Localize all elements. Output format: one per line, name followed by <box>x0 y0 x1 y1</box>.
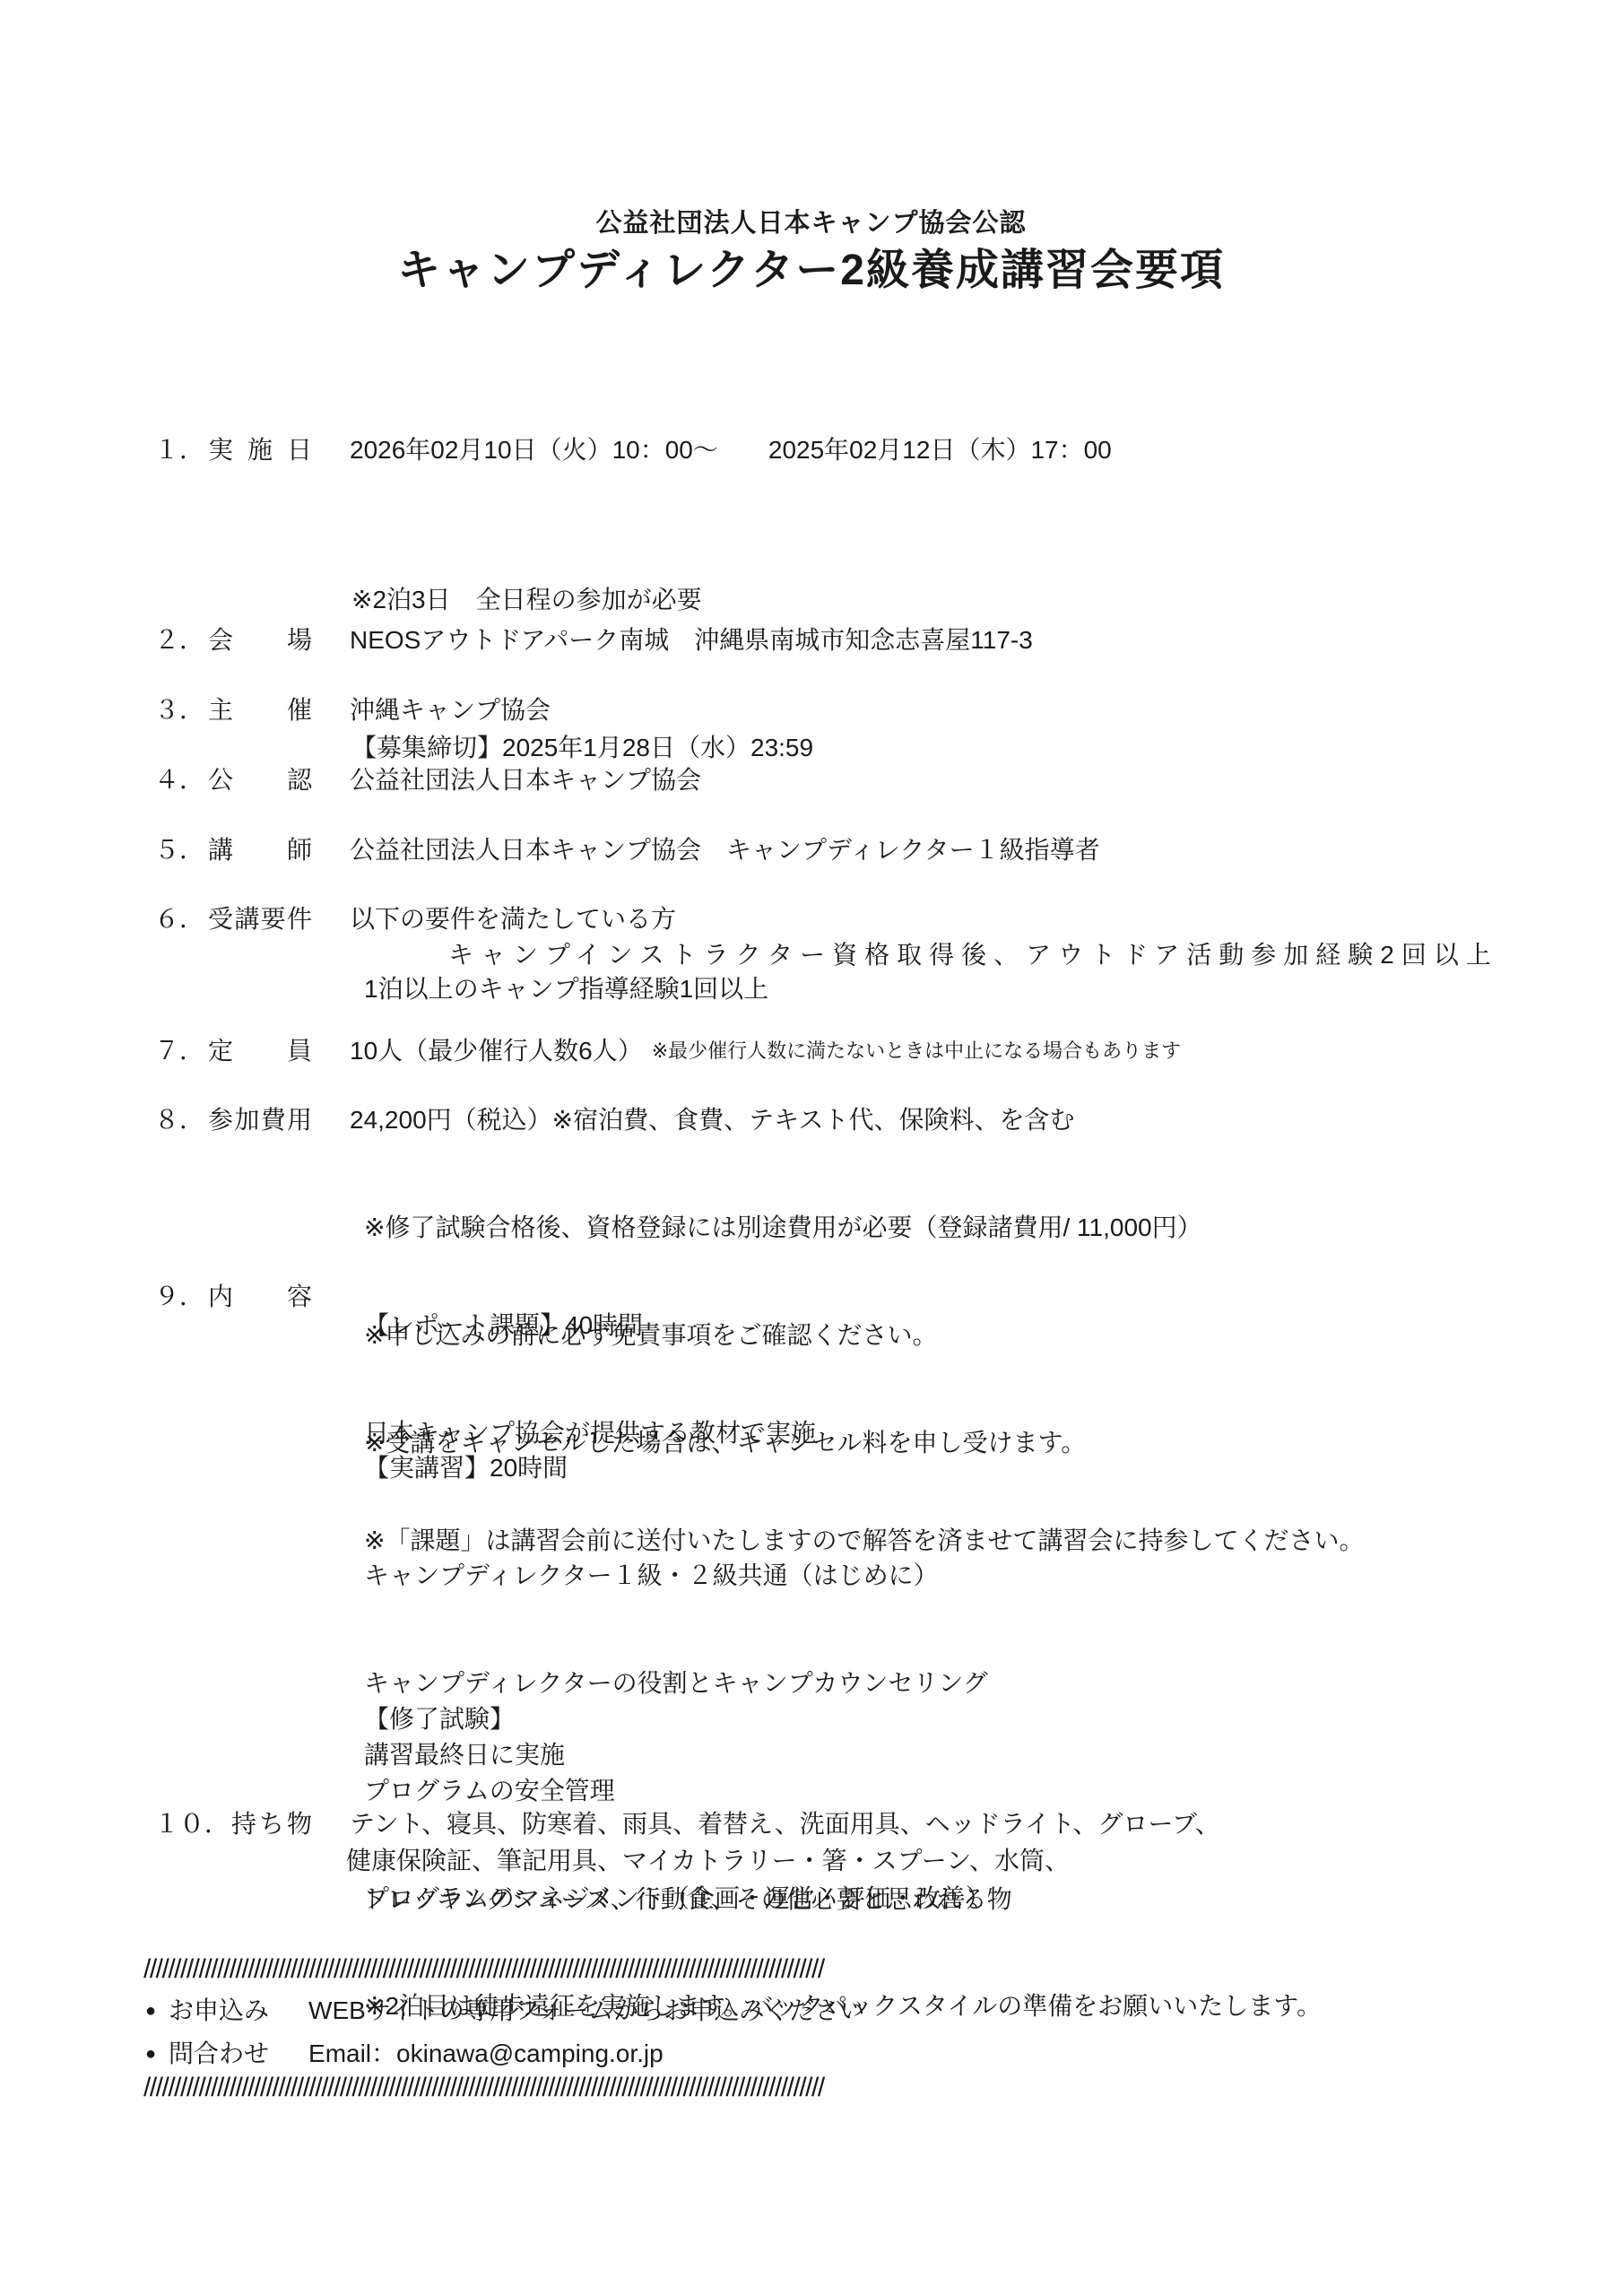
bullet-icon: ● <box>145 1993 169 2029</box>
practical-training-line: キャンプディレクター１級・２級共通（はじめに） <box>364 1558 1322 1594</box>
section-4-number: ４． <box>154 762 208 798</box>
section-4-label: 公認 <box>208 762 312 798</box>
section-2-value: NEOSアウトドアパーク南城 沖縄県南城市知念志喜屋117-3 <box>350 622 1033 658</box>
application-line: ● お申込み WEBサイトの専用フォームからお申込みください <box>145 1993 864 2029</box>
section-9-number: ９． <box>154 1279 208 1315</box>
section-8-value: 24,200円（税込）※宿泊費、食費、テキスト代、保険料、を含む <box>350 1102 1075 1138</box>
section-7-number: ７． <box>154 1033 208 1069</box>
section-1-row: １． 実施日 2026年02月10日（火）10：00～ 2025年02月12日（… <box>154 432 1112 468</box>
section-10-value: テント、寝具、防寒着、雨具、着替え、洗面用具、ヘッドライト、グローブ、 <box>350 1806 1220 1842</box>
section-7-value: 10人（最少催行人数6人） <box>350 1033 643 1069</box>
section-6-requirement-2: 1泊以上のキャンプ指導経験1回以上 <box>364 971 768 1007</box>
section-8-label: 参加費用 <box>208 1102 312 1138</box>
section-5-number: ５． <box>154 832 208 868</box>
section-10-items-line-3: トレッキングシューズ、行動食、その他必要と思われる物 <box>361 1882 1012 1918</box>
section-8-row: ８． 参加費用 24,200円（税込）※宿泊費、食費、テキスト代、保険料、を含む <box>154 1102 1075 1138</box>
section-9-row: ９． 内容 <box>154 1279 350 1315</box>
section-9-label: 内容 <box>208 1279 312 1315</box>
section-2-number: ２． <box>154 622 208 658</box>
section-5-row: ５． 講師 公益社団法人日本キャンプ協会 キャンプディレクター１級指導者 <box>154 832 1100 868</box>
section-4-value: 公益社団法人日本キャンプ協会 <box>350 762 701 798</box>
application-label: お申込み <box>169 1993 269 2029</box>
application-text: WEBサイトの専用フォームからお申込みください <box>308 1993 864 2029</box>
section-4-row: ４． 公認 公益社団法人日本キャンプ協会 <box>154 762 701 798</box>
contact-label: 問合わせ <box>169 2036 269 2072</box>
section-3-number: ３． <box>154 692 208 728</box>
document-title: キャンプディレクター2級養成講習会要項 <box>0 235 1622 297</box>
section-6-row: ６． 受講要件 以下の要件を満たしている方 <box>154 901 676 937</box>
divider-line-bottom: ////////////////////////////////////////… <box>143 2070 824 2106</box>
final-exam-line: 講習最終日に実施 <box>364 1737 565 1773</box>
section-3-label: 主催 <box>208 692 312 728</box>
section-8-note-registration: ※修了試験合格後、資格登録には別途費用が必要（登録諸費用/ 11,000円） <box>364 1210 1202 1246</box>
section-3-row: ３． 主催 沖縄キャンプ協会 <box>154 692 551 728</box>
section-1-notes: ※2泊3日 全日程の参加が必要 【募集締切】2025年1月28日（水）23:59 <box>351 476 813 871</box>
section-10-items-line-2: 健康保険証、筆記用具、マイカトラリー・箸・スプーン、水筒、 <box>346 1843 1070 1879</box>
section-1-note-duration: ※2泊3日 全日程の参加が必要 <box>351 575 813 624</box>
document-page: 公益社団法人日本キャンプ協会公認 キャンプディレクター2級養成講習会要項 １． … <box>0 0 1622 2296</box>
section-10-label: 持ち物 <box>231 1806 312 1842</box>
section-5-value: 公益社団法人日本キャンプ協会 キャンプディレクター１級指導者 <box>350 832 1100 868</box>
practical-training-line: プログラムの安全管理 <box>364 1773 1322 1809</box>
practical-training-heading: 【実講習】20時間 <box>364 1450 568 1486</box>
section-1-label: 実施日 <box>208 432 312 468</box>
section-10-number: １０． <box>154 1806 231 1842</box>
section-2-row: ２． 会場 NEOSアウトドアパーク南城 沖縄県南城市知念志喜屋117-3 <box>154 622 1033 658</box>
section-7-label: 定員 <box>208 1033 312 1069</box>
bullet-icon: ● <box>145 2036 169 2072</box>
section-7-row: ７． 定員 10人（最少催行人数6人） ※最少催行人数に満たないときは中止になる… <box>154 1033 1181 1069</box>
contact-line: ● 問合わせ Email：okinawa@camping.or.jp <box>145 2036 664 2072</box>
section-6-value: 以下の要件を満たしている方 <box>350 901 676 937</box>
section-5-label: 講師 <box>208 832 312 868</box>
report-assignment-heading: 【レポート課題】40時間 <box>364 1308 643 1344</box>
divider-line-top: ////////////////////////////////////////… <box>143 1952 824 1987</box>
section-6-label: 受講要件 <box>208 901 312 937</box>
section-1-value: 2026年02月10日（火）10：00～ 2025年02月12日（木）17：00 <box>350 432 1112 468</box>
section-2-label: 会場 <box>208 622 312 658</box>
section-8-number: ８． <box>154 1102 208 1138</box>
practical-training-line: キャンプディレクターの役割とキャンプカウンセリング <box>364 1665 1322 1701</box>
section-6-requirement-1: キャンプインストラクター資格取得後、アウトドア活動参加経験2回以上 <box>448 937 1498 973</box>
certification-line: 公益社団法人日本キャンプ協会公認 <box>0 203 1622 239</box>
section-10-row: １０． 持ち物 テント、寝具、防寒着、雨具、着替え、洗面用具、ヘッドライト、グロ… <box>154 1806 1220 1842</box>
contact-email: Email：okinawa@camping.or.jp <box>308 2036 664 2072</box>
report-assignment-line: 日本キャンプ協会が提供する教材で実施 <box>364 1415 1364 1451</box>
section-1-number: １． <box>154 432 208 468</box>
section-6-number: ６． <box>154 901 208 937</box>
final-exam-heading: 【修了試験】 <box>364 1701 515 1737</box>
section-3-value: 沖縄キャンプ協会 <box>350 692 551 728</box>
section-7-note: ※最少催行人数に満たないときは中止になる場合もあります <box>652 1033 1181 1069</box>
